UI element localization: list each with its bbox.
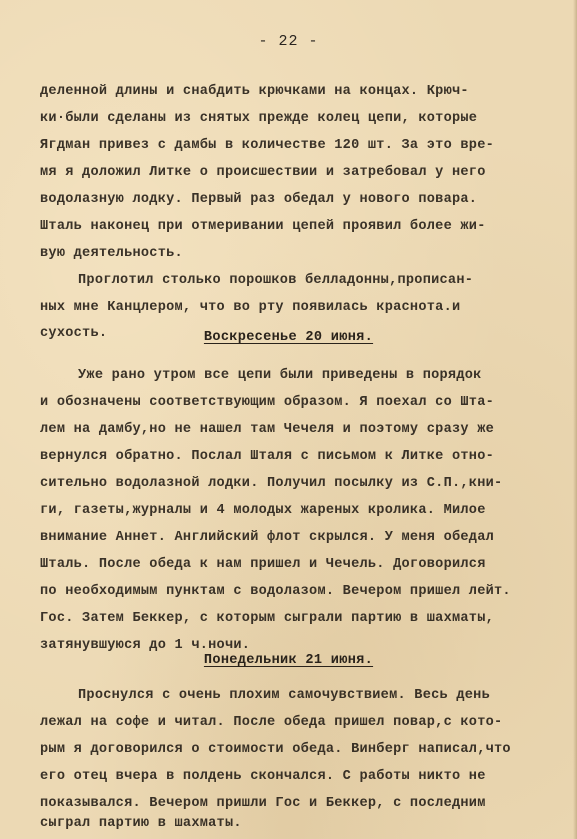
page-number: - 22 -: [0, 33, 577, 50]
text-line: сыграл партию в шахматы.: [40, 816, 242, 831]
date-heading: Понедельник 21 июня.: [0, 653, 577, 668]
text-line: сительно водолазной лодки. Получил посыл…: [40, 476, 502, 491]
text-line: Шталь. После обеда к нам пришел и Чечель…: [40, 557, 486, 572]
paper-edge: [573, 0, 577, 839]
text-line: вернулся обратно. Послал Шталя с письмом…: [40, 449, 494, 464]
text-line: ных мне Канцлером, что во рту появилась …: [40, 300, 460, 315]
date-heading: Воскресенье 20 июня.: [0, 330, 577, 345]
text-line: мя я доложил Литке о происшествии и затр…: [40, 165, 486, 180]
text-line: ги, газеты,журналы и 4 молодых жареных к…: [40, 503, 486, 518]
text-line: вую деятельность.: [40, 246, 183, 261]
text-line: Шталь наконец при отмеривании цепей проя…: [40, 219, 486, 234]
date-heading-text: Понедельник 21 июня.: [204, 653, 373, 668]
document-page: - 22 - деленной длины и снабдить крючкам…: [0, 0, 577, 839]
text-line: деленной длины и снабдить крючками на ко…: [40, 84, 469, 99]
text-line: затянувшуюся до 1 ч.ночи.: [40, 638, 250, 653]
text-line: Уже рано утром все цепи были приведены в…: [78, 368, 482, 383]
text-line: рым я договорился о стоимости обеда. Вин…: [40, 742, 511, 757]
text-line: его отец вчера в полдень скончался. С ра…: [40, 769, 486, 784]
text-line: Проглотил столько порошков белладонны,пр…: [78, 273, 473, 288]
text-line: Ягдман привез с дамбы в количестве 120 ш…: [40, 138, 494, 153]
text-line: и обозначены соответствующим образом. Я …: [40, 395, 494, 410]
text-line: по необходимым пунктам с водолазом. Вече…: [40, 584, 511, 599]
text-line: внимание Аннет. Английский флот скрылся.…: [40, 530, 494, 545]
text-line: ки·были сделаны из снятых прежде колец ц…: [40, 111, 477, 126]
text-line: водолазную лодку. Первый раз обедал у но…: [40, 192, 477, 207]
text-line: лежал на софе и читал. После обеда прише…: [40, 715, 502, 730]
text-line: лем на дамбу,но не нашел там Чечеля и по…: [40, 422, 494, 437]
text-line: Проснулся с очень плохим самочувствием. …: [78, 688, 490, 703]
text-line: показывался. Вечером пришли Гос и Беккер…: [40, 796, 486, 811]
text-line: Гос. Затем Беккер, с которым сыграли пар…: [40, 611, 494, 626]
date-heading-text: Воскресенье 20 июня.: [204, 330, 373, 345]
